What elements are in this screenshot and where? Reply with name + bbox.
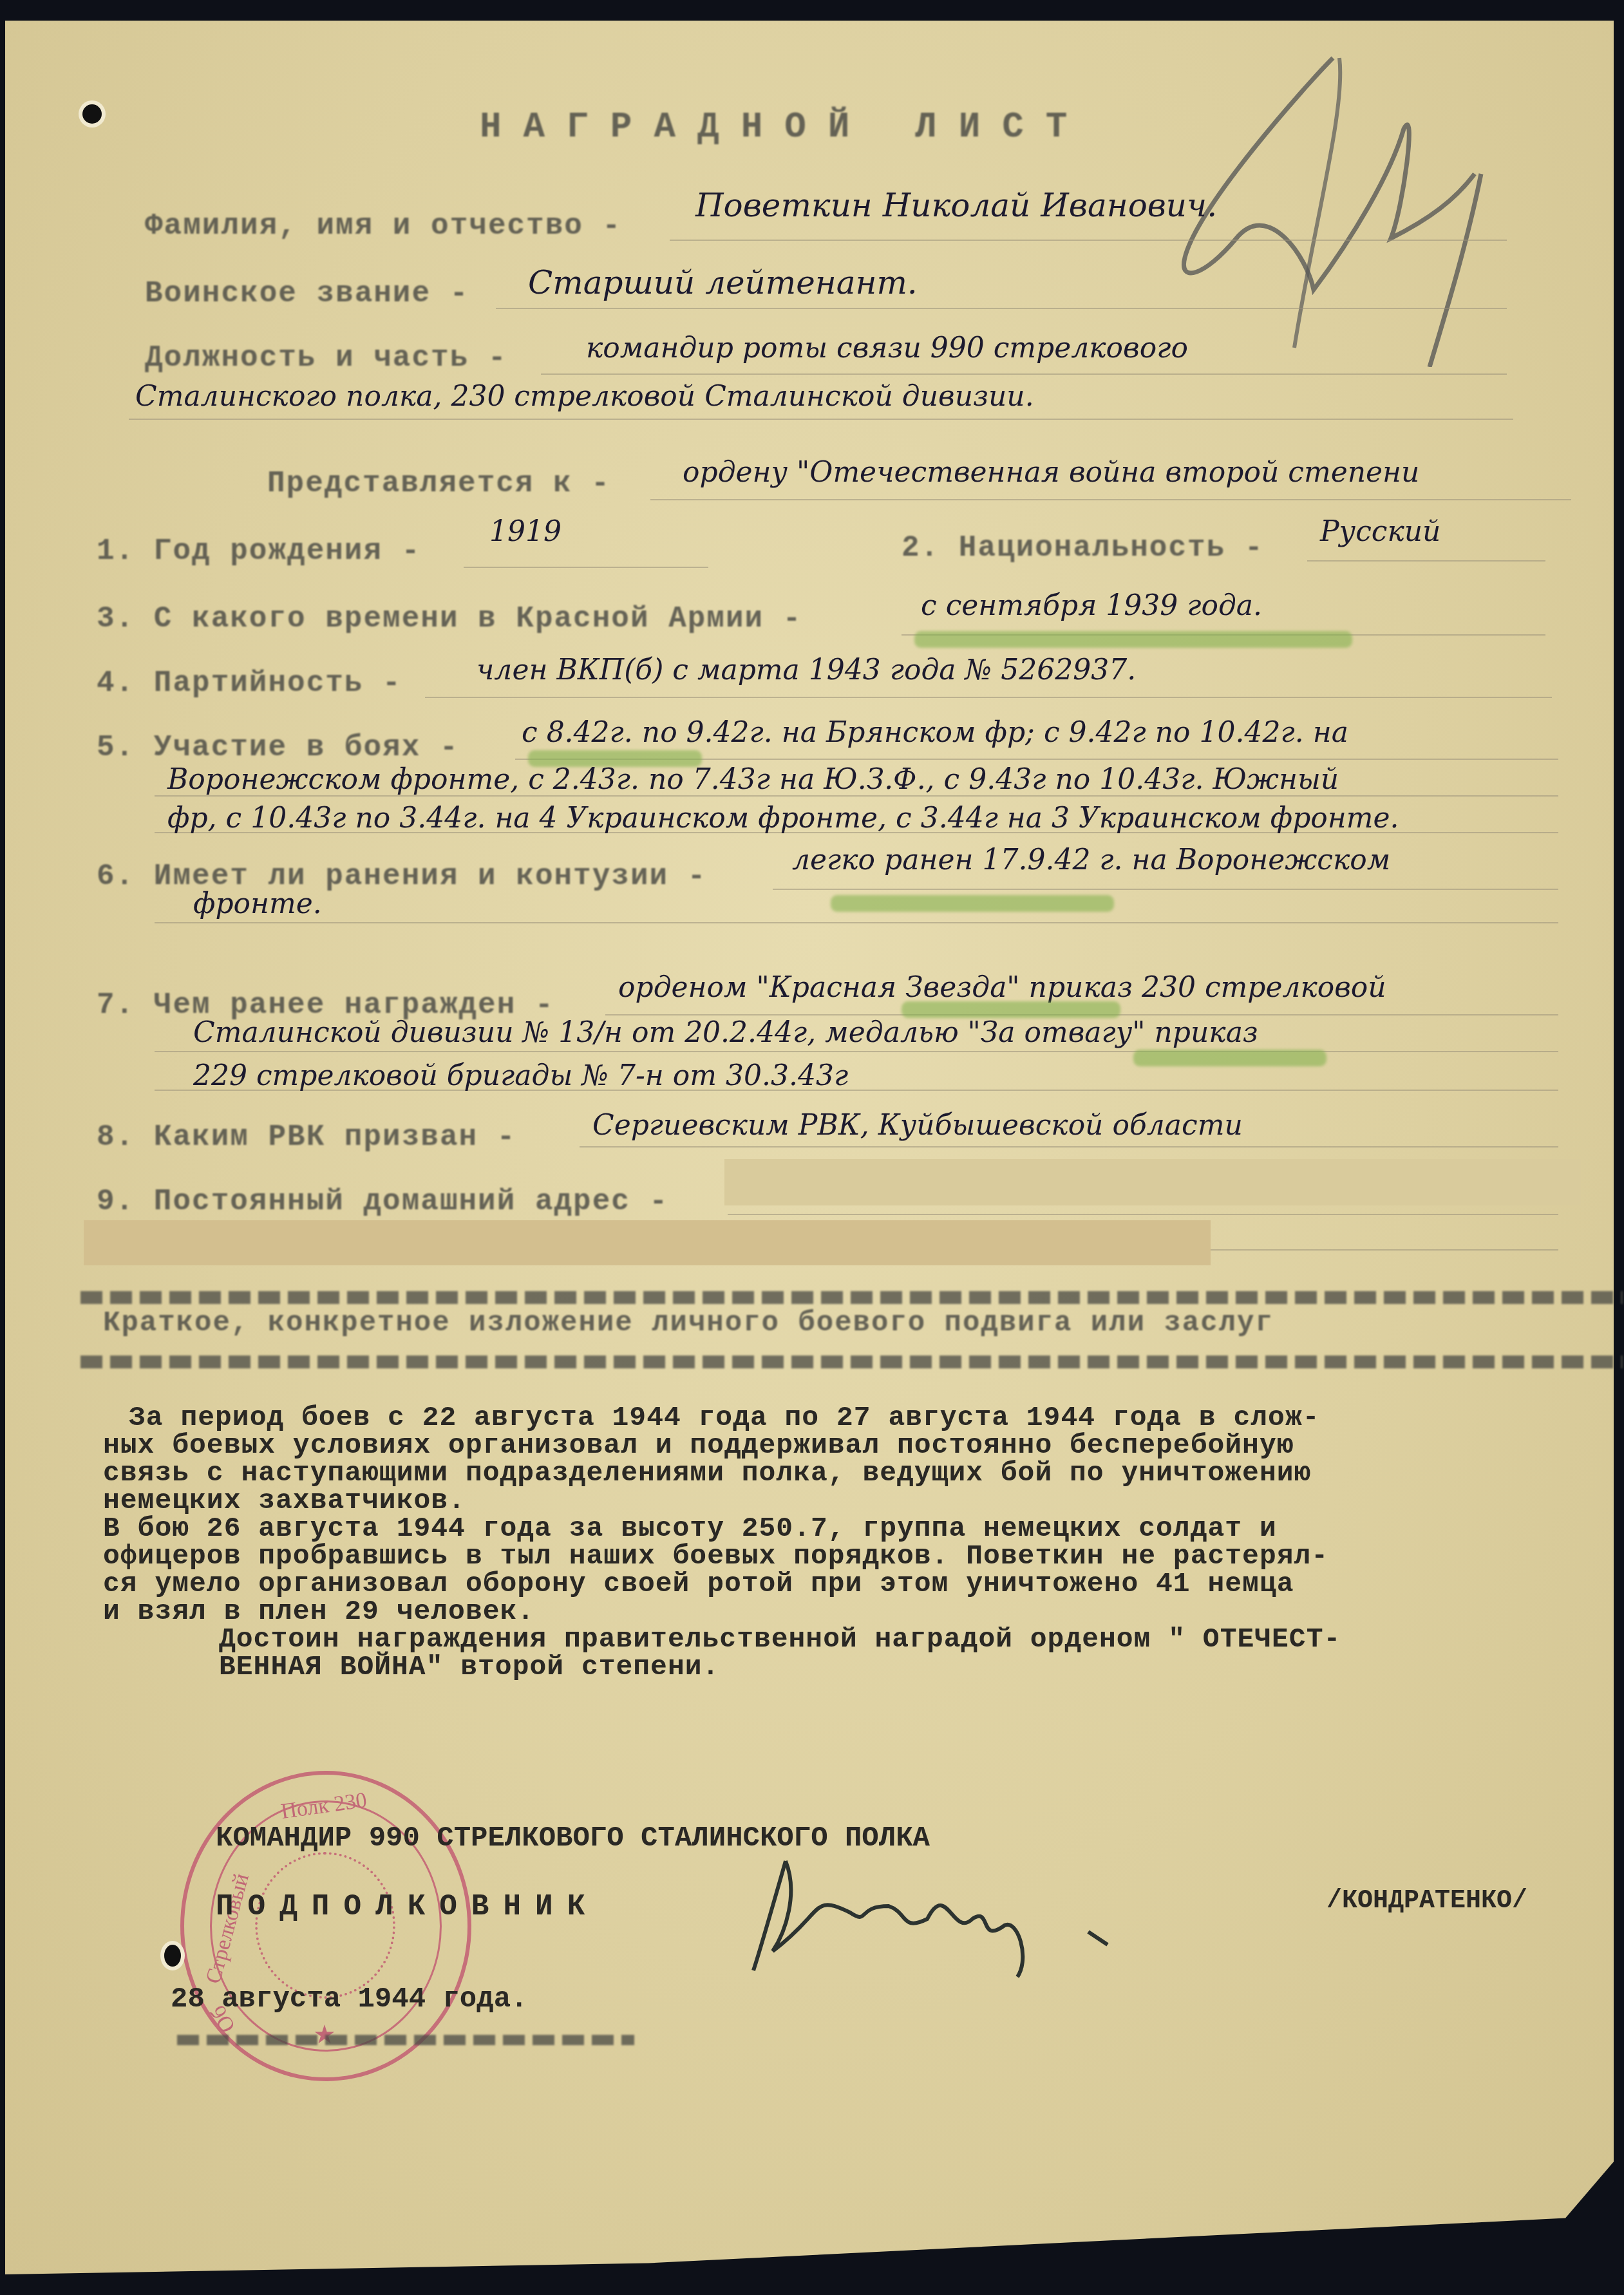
summary-line: ся умело организовал оборону своей ротой… (103, 1570, 1341, 1598)
divider (80, 1355, 1623, 1368)
name-label: Фамилия, имя и отчество - (145, 209, 621, 243)
commander-name: /КОНДРАТЕНКО/ (1327, 1887, 1527, 1916)
battles-label: 5. Участие в боях - (97, 731, 459, 764)
name-value: Поветкин Николай Иванович. (695, 187, 1217, 224)
summary-line: В бою 26 августа 1944 года за высоту 250… (103, 1515, 1341, 1542)
position-label: Должность и часть - (145, 341, 507, 375)
rvk-value: Сергиевским РВК, Куйбышевской области (592, 1109, 1243, 1142)
position-value-line2: Сталинского полка, 230 стрелковой Сталин… (135, 380, 1034, 413)
battles-value-line1: с 8.42г. по 9.42г. на Брянском фр; с 9.4… (522, 716, 1348, 749)
prior-awards-value-line3: 229 стрелковой бригады № 7-н от 30.3.43г (193, 1059, 848, 1092)
summary-line: офицеров пробравшись в тыл наших боевых … (103, 1542, 1341, 1570)
summary-block: За период боев с 22 августа 1944 года по… (103, 1404, 1341, 1681)
address-label: 9. Постоянный домашний адрес - (97, 1185, 668, 1218)
red-army-value: с сентября 1939 года. (921, 589, 1262, 622)
wounds-value-line1: легко ранен 17.9.42 г. на Воронежском (792, 844, 1390, 876)
rank-value: Старший лейтенант. (528, 264, 918, 301)
nationality-label: 2. Национальность - (902, 531, 1264, 565)
nominated-label: Представляется к - (267, 467, 610, 500)
birth-year-label: 1. Год рождения - (97, 534, 420, 568)
nationality-value: Русский (1320, 515, 1440, 548)
commander-title: КОМАНДИР 990 СТРЕЛКОВОГО СТАЛИНСКОГО ПОЛ… (216, 1822, 930, 1855)
party-value: член ВКП(б) с марта 1943 года № 5262937. (477, 654, 1136, 686)
nominated-value: ордену "Отечественная война второй степе… (683, 456, 1419, 489)
summary-line: ных боевых условиях организовал и поддер… (103, 1431, 1341, 1459)
summary-line: связь с наступающими подразделениями пол… (103, 1459, 1341, 1487)
punch-hole (82, 104, 102, 124)
soviet-emblem-icon (255, 1852, 395, 1999)
divider (177, 2035, 634, 2045)
wounds-label: 6. Имеет ли ранения и контузии - (97, 860, 706, 893)
birth-year-value: 1919 (489, 515, 562, 548)
summary-line: За период боев с 22 августа 1944 года по… (129, 1404, 1341, 1431)
divider (80, 1291, 1623, 1304)
conclusion-line: ВЕННАЯ ВОЙНА" второй степени. (219, 1653, 1341, 1681)
summary-line: немецких захватчиков. (103, 1487, 1341, 1515)
battles-value-line3: фр, с 10.43г по 3.44г. на 4 Украинском ф… (167, 802, 1399, 835)
commander-rank: ПОДПОЛКОВНИК (216, 1890, 599, 1923)
redaction-box (724, 1159, 1581, 1205)
rvk-label: 8. Каким РВК призван - (97, 1120, 516, 1154)
rank-label: Воинское звание - (145, 277, 469, 310)
document-title: НАГРАДНОЙ ЛИСТ (480, 106, 1089, 147)
prior-awards-value-line1: орденом "Красная Звезда" приказ 230 стре… (618, 971, 1386, 1004)
party-label: 4. Партийность - (97, 666, 402, 700)
conclusion-line: Достоин награждения правительственной на… (219, 1625, 1341, 1653)
punch-hole (164, 1945, 181, 1967)
prior-awards-value-line2: Сталинской дивизии № 13/н от 20.2.44г, м… (193, 1016, 1258, 1049)
summary-line: и взял в плен 29 человек. (103, 1598, 1341, 1625)
wounds-value-line2: фронте. (193, 887, 322, 920)
redaction-box (84, 1220, 1211, 1265)
position-value-line1: командир роты связи 990 стрелкового (586, 332, 1188, 364)
summary-header: Краткое, конкретное изложение личного бо… (103, 1307, 1274, 1339)
battles-value-line2: Воронежском фронте, с 2.43г. по 7.43г на… (167, 763, 1339, 796)
red-army-label: 3. С какого времени в Красной Армии - (97, 602, 802, 636)
document-date: 28 августа 1944 года. (171, 1983, 528, 2016)
signature-scrawl (747, 1855, 1159, 1983)
